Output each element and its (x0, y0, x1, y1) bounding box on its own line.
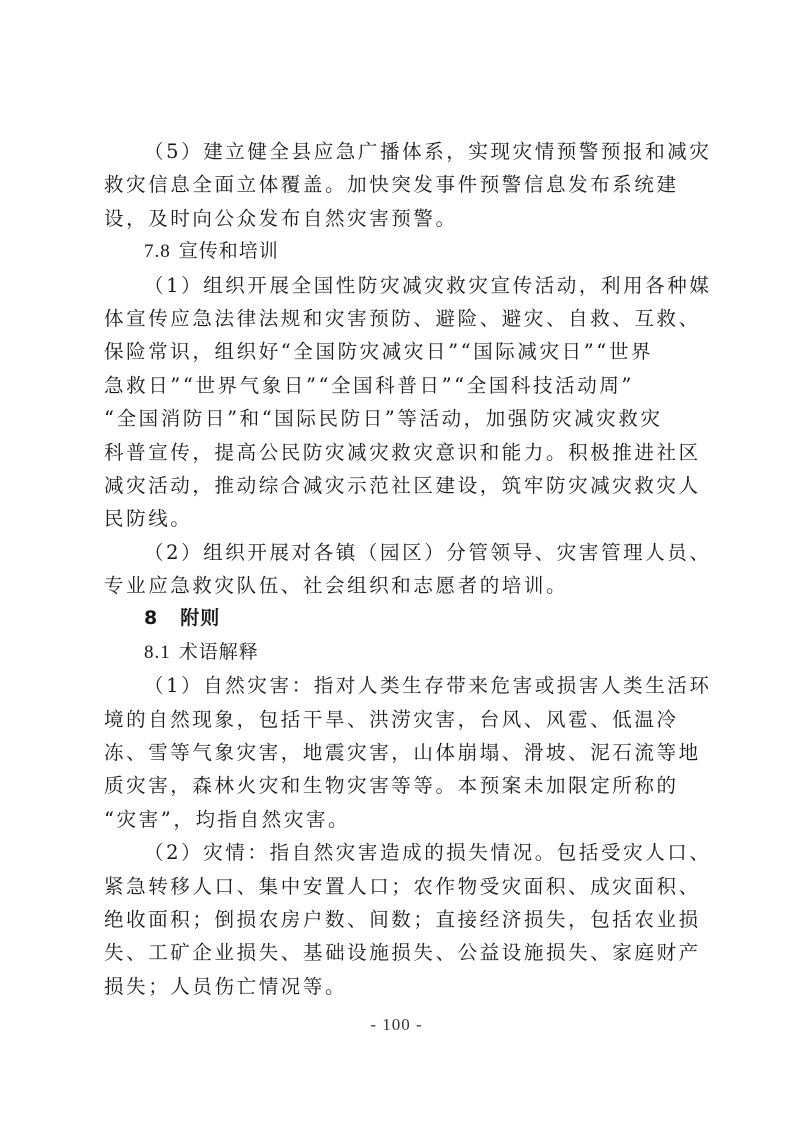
chapter-number: 8 (144, 607, 158, 629)
paragraph-line: 境的自然现象，包括干旱、洪涝灾害，台风、风雹、低温冷 (104, 703, 696, 736)
paragraph-5-line-3: 设，及时向公众发布自然灾害预警。 (104, 202, 696, 235)
paragraph-line: 急救日”“世界气象日”“全国科普日”“全国科技活动周” (104, 369, 696, 402)
paragraph-line: 绝收面积；倒损农房户数、间数；直接经济损失，包括农业损 (104, 903, 696, 936)
paragraph-line: 质灾害，森林火灾和生物灾害等等。本预案未加限定所称的 (104, 769, 696, 802)
paragraph-line: “全国消防日”和“国际民防日”等活动，加强防灾减灾救灾 (104, 402, 696, 435)
paragraph-line: 减灾活动，推动综合减灾示范社区建设，筑牢防灾减灾救灾人 (104, 469, 696, 502)
section-title: 术语解释 (179, 641, 259, 663)
section-heading-8-1: 8.1术语解释 (104, 636, 696, 669)
document-page: （5）建立健全县应急广播体系，实现灾情预警预报和减灾 救灾信息全面立体覆盖。加快… (104, 135, 696, 1003)
paragraph-line: （1）自然灾害：指对人类生存带来危害或损害人类生活环 (104, 669, 696, 702)
paragraph-5-line-2: 救灾信息全面立体覆盖。加快突发事件预警信息发布系统建 (104, 168, 696, 201)
paragraph-line: 民防线。 (104, 502, 696, 535)
paragraph-line: 失、工矿企业损失、基础设施损失、公益设施损失、家庭财产 (104, 936, 696, 969)
paragraph-line: 冻、雪等气象灾害，地震灾害，山体崩塌、滑坡、泥石流等地 (104, 736, 696, 769)
paragraph-line: （2）灾情：指自然灾害造成的损失情况。包括受灾人口、 (104, 836, 696, 869)
paragraph-line: “灾害”，均指自然灾害。 (104, 803, 696, 836)
paragraph-line: （2）组织开展对各镇（园区）分管领导、灾害管理人员、 (104, 536, 696, 569)
paragraph-line: 体宣传应急法律法规和灾害预防、避险、避灾、自救、互救、 (104, 302, 696, 335)
section-title: 宣传和培训 (179, 240, 279, 262)
section-number: 7.8 (144, 241, 171, 262)
paragraph-line: 科普宣传，提高公民防灾减灾救灾意识和能力。积极推进社区 (104, 436, 696, 469)
paragraph-line: 保险常识，组织好“全国防灾减灾日”“国际减灾日”“世界 (104, 335, 696, 368)
chapter-heading-8: 8附则 (104, 602, 696, 635)
paragraph-line: 紧急转移人口、集中安置人口；农作物受灾面积、成灾面积、 (104, 870, 696, 903)
section-number: 8.1 (144, 642, 171, 663)
paragraph-line: 损失；人员伤亡情况等。 (104, 970, 696, 1003)
paragraph-5-line-1: （5）建立健全县应急广播体系，实现灾情预警预报和减灾 (104, 135, 696, 168)
chapter-title: 附则 (180, 607, 220, 629)
page-number: - 100 - (0, 1015, 793, 1035)
paragraph-line: （1）组织开展全国性防灾减灾救灾宣传活动，利用各种媒 (104, 269, 696, 302)
paragraph-line: 专业应急救灾队伍、社会组织和志愿者的培训。 (104, 569, 696, 602)
section-heading-7-8: 7.8宣传和培训 (104, 235, 696, 268)
